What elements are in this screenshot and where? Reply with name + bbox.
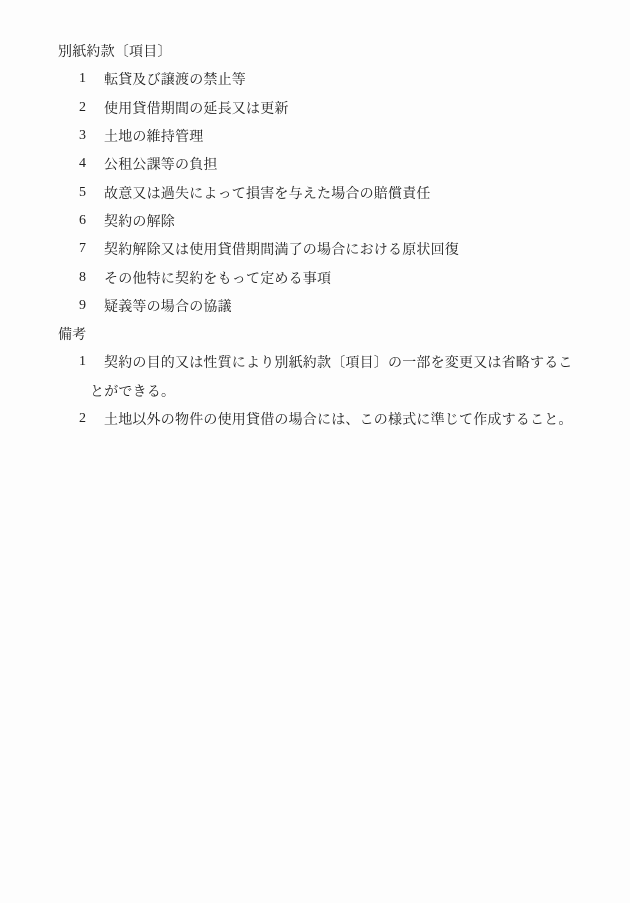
- note-entry-continuation: とができる。: [0, 377, 630, 405]
- document-title: 別紙約款〔項目〕: [0, 37, 630, 65]
- list-item: 7契約解除又は使用貸借期間満了の場合における原状回復: [0, 235, 630, 263]
- item-text: 転貸及び譲渡の禁止等: [104, 69, 246, 89]
- item-text: その他特に契約をもって定める事項: [104, 268, 331, 288]
- item-number: 2: [79, 100, 104, 116]
- note-text: 土地以外の物件の使用貸借の場合には、この様式に準じて作成すること。: [104, 409, 573, 429]
- item-number: 9: [79, 298, 104, 314]
- item-number: 7: [79, 241, 104, 257]
- note-number: 2: [79, 411, 104, 427]
- list-item: 1転貸及び譲渡の禁止等: [0, 65, 630, 93]
- list-item: 6契約の解除: [0, 207, 630, 235]
- item-text: 公租公課等の負担: [104, 154, 218, 174]
- item-text: 疑義等の場合の協議: [104, 296, 232, 316]
- note-entry: 1契約の目的又は性質により別紙約款〔項目〕の一部を変更又は省略するこ: [0, 348, 630, 376]
- item-number: 6: [79, 213, 104, 229]
- item-text: 契約の解除: [104, 211, 175, 231]
- item-number: 1: [79, 71, 104, 87]
- list-item: 5故意又は過失によって損害を与えた場合の賠償責任: [0, 178, 630, 206]
- item-text: 故意又は過失によって損害を与えた場合の賠償責任: [104, 183, 431, 203]
- note-text: とができる。: [90, 381, 175, 401]
- document-page: 別紙約款〔項目〕 1転貸及び譲渡の禁止等 2使用貸借期間の延長又は更新 3土地の…: [0, 0, 630, 903]
- item-text: 契約解除又は使用貸借期間満了の場合における原状回復: [104, 239, 459, 259]
- item-number: 3: [79, 128, 104, 144]
- item-number: 5: [79, 185, 104, 201]
- note-entry: 2土地以外の物件の使用貸借の場合には、この様式に準じて作成すること。: [0, 405, 630, 433]
- item-text: 土地の維持管理: [104, 126, 203, 146]
- item-number: 8: [79, 270, 104, 286]
- note-number: 1: [79, 354, 104, 370]
- item-text: 使用貸借期間の延長又は更新: [104, 98, 289, 118]
- note-text: 契約の目的又は性質により別紙約款〔項目〕の一部を変更又は省略するこ: [104, 352, 573, 372]
- list-item: 2使用貸借期間の延長又は更新: [0, 94, 630, 122]
- list-item: 3土地の維持管理: [0, 122, 630, 150]
- list-item: 8その他特に契約をもって定める事項: [0, 263, 630, 291]
- notes-heading: 備考: [0, 320, 630, 348]
- item-number: 4: [79, 156, 104, 172]
- list-item: 9疑義等の場合の協議: [0, 292, 630, 320]
- list-item: 4公租公課等の負担: [0, 150, 630, 178]
